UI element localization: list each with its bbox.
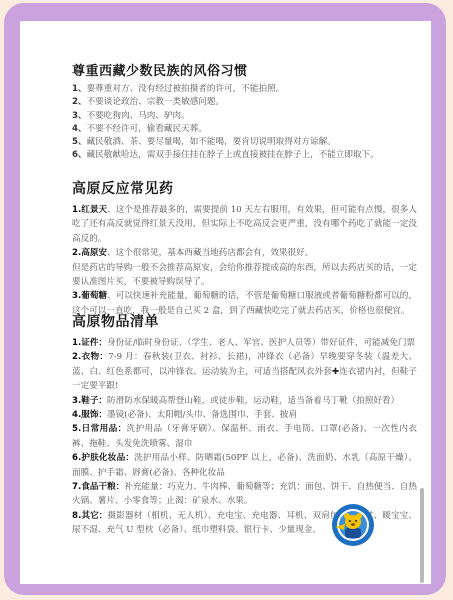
section-title: 尊重西藏少数民族的风俗习惯: [72, 60, 417, 79]
list-item: 6、藏民敬献哈达，需双手接住挂在脖子上或直接被挂在脖子上，不能立即取下。: [72, 149, 417, 162]
document-content: 尊重西藏少数民族的风俗习惯 1、要尊重对方、没有经过被拍摄者的许可，不能拍照。 …: [72, 60, 417, 163]
list-item: 2、不要谈论政治、宗教一类敏感问题。: [72, 96, 417, 109]
section-customs: 尊重西藏少数民族的风俗习惯 1、要尊重对方、没有经过被拍摄者的许可，不能拍照。 …: [72, 60, 417, 163]
list-item: 3、不要吃狗肉、马肉、驴肉。: [72, 110, 417, 123]
section-altitude-medicine: 高原反应常见药 1.红景天、这个是推荐最多的，需要提前 10 天左右服用，有效果…: [72, 178, 417, 318]
list-item: 1.证件：身份证/临时身份证、（学生、老人、军官、医护人员等）带好证件，可能减免…: [72, 336, 417, 350]
list-item: 4.服饰：墨镜(必备)、太阳帽/头巾、备选围巾、手套、披肩: [72, 408, 417, 422]
list-item: 5.日常用品：洗护用品（牙膏牙刷）、保温杯、雨衣、手电筒、口罩(必备)、一次性内…: [72, 422, 417, 451]
list-item: 3.鞋子：防滑防水保暖高帮登山鞋，或徒步鞋，运动鞋，适当备着马丁靴（拍照好看）: [72, 394, 417, 408]
list-item: 1.红景天、这个是推荐最多的，需要提前 10 天左右服用，有效果，但可能有点慢，…: [72, 203, 417, 246]
section-title: 高原反应常见药: [72, 178, 417, 198]
list-item: 1、要尊重对方、没有经过被拍摄者的许可，不能拍照。: [72, 83, 417, 96]
list-item: 6.护肤化妆品：洗护用品小样、防晒霜(50PF 以上，必备)、洗面奶、水乳（高原…: [72, 451, 417, 480]
list-item: 2.高原安、这个很常见，基本西藏当地药店都会有，效果很好。: [72, 246, 417, 260]
list-item: 4、不要不经许可，偷看藏民天葬。: [72, 123, 417, 136]
list-item: 但是药店的导购一般不会推荐高原安，会给你推荐提成高的东西，所以去药店买的话，一定…: [72, 261, 417, 290]
list-item: 2.衣物：7-9 月：春秋装(卫衣、衬衫、长裙)，冲锋衣（必备）早晚要穿冬装（温…: [72, 350, 417, 393]
list-item: 5、藏民敬酒、茶、要尽量喝，如不能喝，要肯切说明取得对方谅解。: [72, 136, 417, 149]
section-title: 高原物品清单: [72, 311, 417, 331]
document-page: 尊重西藏少数民族的风俗习惯 1、要尊重对方、没有经过被拍摄者的许可，不能拍照。 …: [20, 21, 431, 584]
vertical-scrollbar[interactable]: [420, 488, 424, 583]
bear-mascot-badge-icon: [331, 503, 375, 547]
purple-frame: 尊重西藏少数民族的风俗习惯 1、要尊重对方、没有经过被拍摄者的许可，不能拍照。 …: [4, 3, 446, 595]
